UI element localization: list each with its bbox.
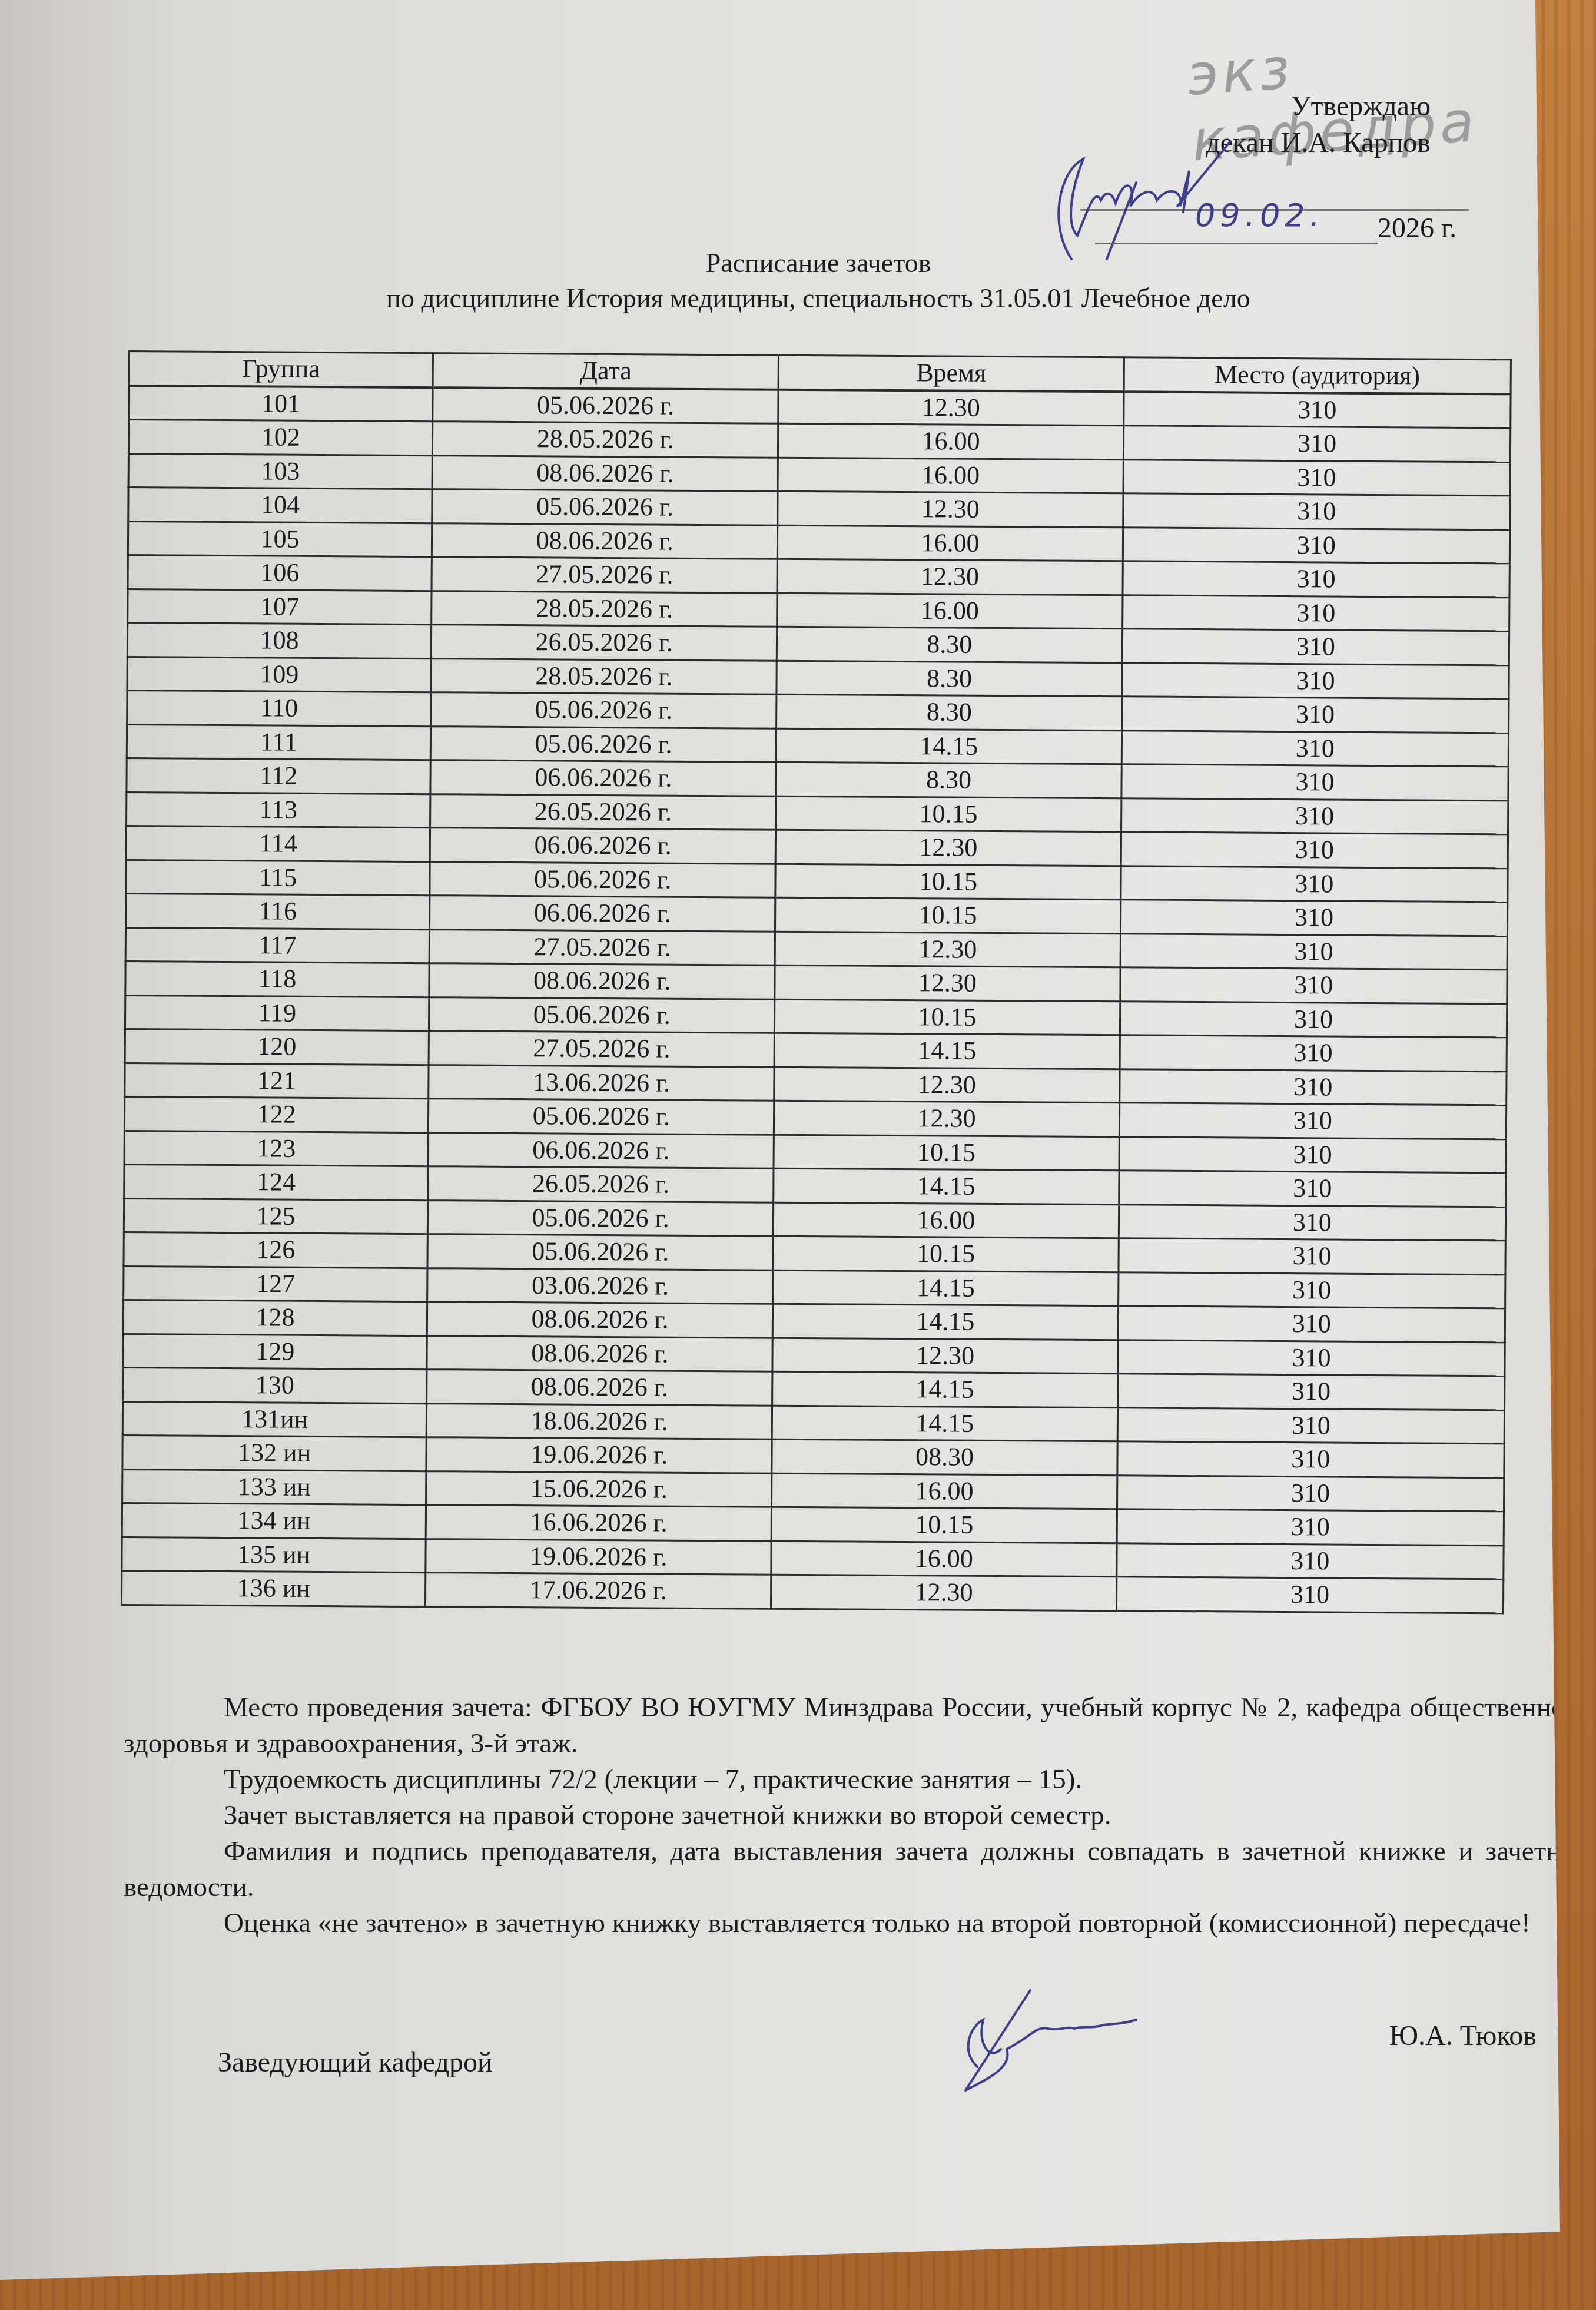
cell-date: 08.06.2026 г. [427, 1335, 772, 1371]
cell-group: 111 [127, 724, 431, 760]
cell-date: 06.06.2026 г. [430, 760, 776, 796]
document-sheet: экз кафедра Утверждаю декан И.А. Карпов … [0, 0, 1560, 2280]
cell-time: 16.00 [773, 1202, 1119, 1238]
cell-date: 06.06.2026 г. [428, 1132, 774, 1168]
cell-date: 27.05.2026 г. [432, 557, 777, 593]
notes-section: Место проведения зачета: ФГБОУ ВО ЮУГМУ … [124, 1690, 1590, 1941]
cell-time: 8.30 [777, 661, 1122, 697]
cell-time: 16.00 [777, 593, 1123, 629]
cell-room: 310 [1121, 730, 1509, 767]
cell-group: 129 [123, 1334, 427, 1370]
cell-room: 310 [1116, 1577, 1504, 1613]
cell-room: 310 [1117, 1475, 1504, 1512]
cell-time: 12.30 [774, 1101, 1119, 1136]
head-signature [942, 1978, 1166, 2096]
cell-group: 121 [125, 1063, 429, 1099]
cell-date: 05.06.2026 г. [429, 1099, 774, 1135]
cell-group: 125 [124, 1198, 428, 1234]
cell-room: 310 [1120, 933, 1508, 970]
cell-room: 310 [1122, 629, 1509, 665]
cell-date: 08.06.2026 г. [432, 455, 778, 491]
cell-time: 14.15 [772, 1406, 1117, 1441]
cell-room: 310 [1117, 1509, 1504, 1546]
cell-time: 12.30 [771, 1575, 1117, 1610]
cell-date: 26.05.2026 г. [432, 625, 777, 661]
cell-group: 118 [125, 961, 430, 997]
cell-room: 310 [1118, 1272, 1505, 1308]
cell-time: 12.30 [778, 491, 1123, 527]
cell-group: 116 [126, 893, 430, 929]
cell-room: 310 [1121, 798, 1508, 834]
cell-date: 05.06.2026 г. [430, 861, 775, 897]
cell-room: 310 [1120, 1069, 1507, 1105]
cell-time: 16.00 [771, 1541, 1117, 1577]
cell-date: 18.06.2026 г. [427, 1403, 772, 1439]
cell-group: 104 [128, 488, 433, 523]
handwritten-date: 09.02. [1195, 197, 1325, 234]
cell-time: 14.15 [772, 1304, 1118, 1340]
cell-date: 08.06.2026 г. [427, 1302, 773, 1338]
cell-date: 05.06.2026 г. [432, 489, 778, 525]
cell-room: 310 [1123, 561, 1510, 598]
cell-date: 05.06.2026 г. [431, 726, 777, 762]
cell-room: 310 [1118, 1306, 1505, 1343]
cell-date: 06.06.2026 г. [430, 896, 775, 932]
header-date: Дата [433, 353, 778, 390]
cell-room: 310 [1124, 392, 1511, 428]
cell-group: 134 ин [122, 1503, 426, 1539]
cell-time: 12.30 [772, 1338, 1118, 1374]
cell-date: 06.06.2026 г. [430, 828, 776, 864]
note-paragraph: Место проведения зачета: ФГБОУ ВО ЮУГМУ … [124, 1690, 1590, 1762]
cell-group: 128 [123, 1300, 427, 1335]
cell-time: 14.15 [772, 1371, 1118, 1407]
cell-date: 26.05.2026 г. [430, 794, 776, 830]
cell-group: 112 [127, 758, 431, 794]
cell-room: 310 [1119, 1103, 1507, 1139]
cell-time: 12.30 [775, 830, 1121, 866]
cell-group: 135 ин [122, 1537, 426, 1573]
note-paragraph: Зачет выставляется на правой стороне зач… [124, 1798, 1590, 1834]
cell-group: 101 [129, 386, 433, 422]
cell-time: 10.15 [775, 999, 1120, 1035]
cell-room: 310 [1120, 967, 1508, 1004]
table-body: 10105.06.2026 г.12.3031010228.05.2026 г.… [121, 386, 1511, 1613]
cell-group: 102 [128, 420, 433, 456]
cell-time: 14.15 [776, 728, 1121, 764]
cell-date: 28.05.2026 г. [433, 422, 778, 458]
cell-room: 310 [1117, 1374, 1505, 1410]
cell-group: 123 [124, 1131, 429, 1166]
cell-group: 133 ин [122, 1469, 427, 1505]
cell-group: 124 [124, 1164, 429, 1200]
cell-date: 17.06.2026 г. [426, 1573, 771, 1609]
note-paragraph: Трудоемкость дисциплины 72/2 (лекции – 7… [124, 1762, 1590, 1798]
cell-date: 05.06.2026 г. [428, 1200, 774, 1236]
header-time: Время [778, 355, 1124, 392]
cell-date: 03.06.2026 г. [427, 1268, 773, 1304]
cell-group: 132 ин [122, 1435, 427, 1471]
cell-date: 16.06.2026 г. [426, 1505, 772, 1541]
cell-group: 120 [125, 1029, 429, 1065]
cell-time: 8.30 [777, 694, 1122, 730]
cell-group: 119 [125, 995, 429, 1031]
cell-time: 14.15 [773, 1270, 1119, 1306]
cell-room: 310 [1123, 527, 1510, 564]
cell-room: 310 [1122, 662, 1509, 699]
cell-room: 310 [1119, 1238, 1506, 1275]
cell-room: 310 [1121, 697, 1509, 733]
cell-group: 113 [127, 792, 431, 828]
cell-room: 310 [1122, 595, 1509, 631]
cell-group: 115 [126, 860, 430, 896]
cell-date: 13.06.2026 г. [429, 1065, 774, 1101]
cell-room: 310 [1120, 1035, 1507, 1072]
cell-date: 05.06.2026 г. [433, 387, 778, 424]
header-group: Группа [129, 352, 433, 387]
cell-room: 310 [1118, 1340, 1505, 1376]
cell-date: 05.06.2026 г. [427, 1234, 773, 1270]
cell-room: 310 [1121, 832, 1508, 869]
head-name: Ю.А. Тюков [1389, 2020, 1537, 2052]
cell-time: 10.15 [776, 796, 1121, 832]
cell-time: 16.00 [778, 458, 1123, 493]
cell-date: 08.06.2026 г. [429, 963, 775, 999]
cell-room: 310 [1120, 900, 1508, 936]
cell-group: 114 [126, 826, 430, 861]
cell-group: 103 [128, 453, 433, 489]
cell-room: 310 [1119, 1171, 1507, 1207]
cell-group: 130 [123, 1367, 427, 1403]
header-room: Место (аудитория) [1124, 357, 1511, 394]
cell-room: 310 [1121, 764, 1509, 801]
cell-room: 310 [1121, 866, 1508, 902]
cell-date: 08.06.2026 г. [432, 523, 778, 559]
cell-room: 310 [1117, 1543, 1504, 1579]
cell-group: 127 [124, 1266, 428, 1302]
approval-year: 2026 г. [1378, 213, 1456, 244]
cell-time: 10.15 [775, 897, 1121, 933]
document-title: Расписание зачетов [0, 247, 1596, 279]
cell-time: 14.15 [774, 1033, 1120, 1069]
cell-room: 310 [1123, 459, 1511, 496]
note-paragraph: Фамилия и подпись преподавателя, дата вы… [124, 1834, 1590, 1905]
cell-group: 122 [124, 1096, 429, 1132]
cell-time: 12.30 [777, 559, 1123, 595]
note-paragraph: Оценка «не зачтено» в зачетную книжку вы… [124, 1905, 1590, 1941]
cell-room: 310 [1117, 1407, 1505, 1444]
cell-time: 16.00 [777, 525, 1123, 561]
cell-time: 12.30 [774, 1067, 1120, 1103]
cell-group: 110 [127, 690, 432, 726]
cell-date: 26.05.2026 г. [428, 1166, 774, 1202]
document-subtitle: по дисциплине История медицины, специаль… [0, 283, 1596, 314]
cell-group: 117 [125, 927, 430, 963]
cell-time: 10.15 [775, 864, 1121, 900]
cell-time: 16.00 [778, 423, 1123, 459]
cell-group: 105 [128, 521, 432, 557]
cell-time: 10.15 [773, 1236, 1119, 1272]
cell-time: 10.15 [774, 1135, 1119, 1171]
cell-group: 131ин [122, 1401, 427, 1437]
cell-time: 12.30 [775, 965, 1120, 1001]
cell-group: 126 [124, 1232, 428, 1268]
cell-date: 15.06.2026 г. [426, 1471, 772, 1507]
cell-date: 19.06.2026 г. [426, 1539, 771, 1575]
cell-room: 310 [1120, 1001, 1507, 1038]
cell-date: 27.05.2026 г. [429, 1031, 774, 1067]
cell-room: 310 [1123, 426, 1511, 462]
cell-group: 136 ин [121, 1570, 426, 1606]
cell-date: 05.06.2026 г. [431, 692, 777, 728]
cell-time: 12.30 [775, 932, 1120, 967]
approval-date: 09.02. 2026 г. [1095, 212, 1472, 244]
cell-date: 05.06.2026 г. [429, 997, 775, 1033]
schedule-table: Группа Дата Время Место (аудитория) 1010… [121, 350, 1512, 1614]
cell-time: 8.30 [777, 627, 1122, 662]
cell-time: 10.15 [771, 1507, 1117, 1543]
cell-room: 310 [1119, 1204, 1506, 1241]
cell-time: 16.00 [772, 1473, 1117, 1509]
cell-group: 109 [127, 657, 432, 692]
date-blank: 09.02. [1095, 219, 1378, 244]
cell-date: 27.05.2026 г. [429, 929, 775, 965]
cell-group: 106 [128, 555, 432, 591]
cell-date: 19.06.2026 г. [426, 1437, 772, 1473]
head-position: Заведующий кафедрой [218, 2046, 493, 2079]
cell-time: 08.30 [772, 1439, 1117, 1475]
cell-date: 28.05.2026 г. [432, 591, 777, 627]
cell-group: 108 [127, 623, 432, 659]
cell-time: 12.30 [778, 389, 1124, 426]
cell-group: 107 [128, 589, 432, 625]
cell-time: 8.30 [776, 762, 1121, 798]
cell-room: 310 [1117, 1441, 1505, 1478]
cell-date: 28.05.2026 г. [431, 658, 777, 694]
cell-time: 14.15 [774, 1168, 1119, 1204]
cell-room: 310 [1123, 493, 1511, 530]
cell-date: 08.06.2026 г. [427, 1370, 772, 1406]
cell-room: 310 [1119, 1136, 1507, 1173]
approval-label: Утверждаю [1206, 88, 1431, 125]
